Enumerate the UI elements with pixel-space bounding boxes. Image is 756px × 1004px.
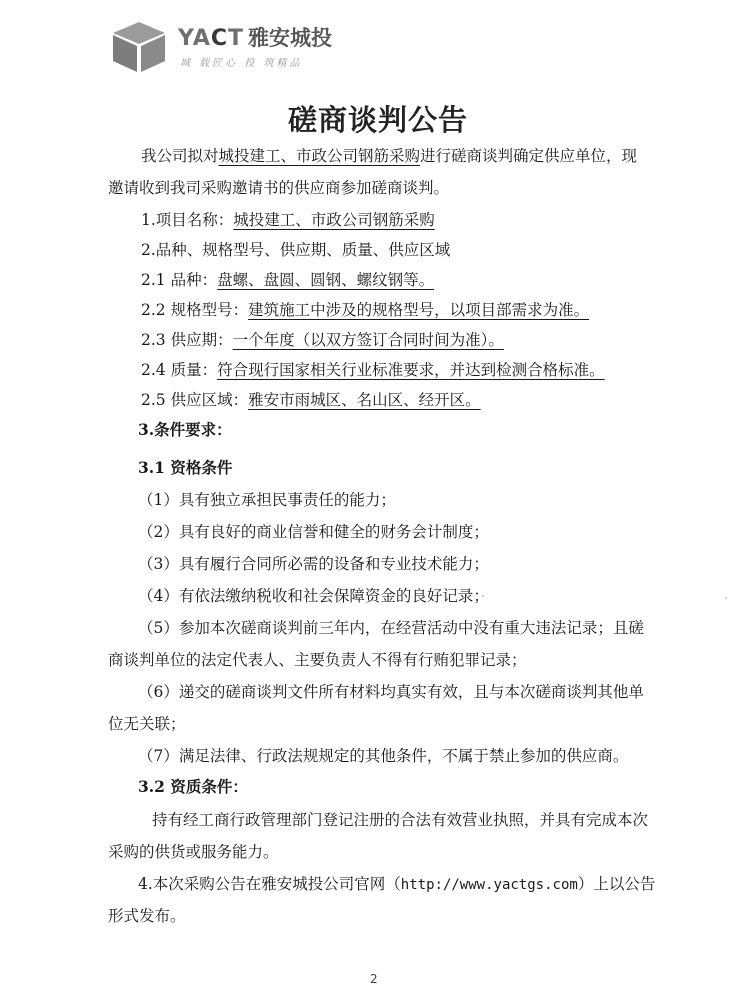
item-2-5: 2.5 供应区域：雅安市雨城区、名山区、经开区。 — [141, 390, 481, 410]
company-logo: YACT雅安城投 城 载匠心 投 筑精品 — [110, 18, 340, 74]
condition-1: （1）具有独立承担民事责任的能力； — [138, 490, 396, 510]
website-url[interactable]: http://www.yactgs.com — [401, 877, 578, 893]
item-4-line-1: 4.本次采购公告在雅安城投公司官网（http://www.yactgs.com）… — [138, 874, 655, 895]
qualification-line-1: 持有经工商行政管理部门登记注册的合法有效营业执照，并具有完成本次 — [152, 810, 648, 830]
item-2: 2.品种、规格型号、供应期、质量、供应区域 — [141, 240, 450, 260]
scan-speck — [482, 595, 484, 597]
item-2-3: 2.3 供应期：一个年度（以双方签订合同时间为准）。 — [141, 330, 504, 350]
item-2-4: 2.4 质量：符合现行国家相关行业标准要求，并达到检测合格标准。 — [141, 360, 605, 380]
item-3-1-heading: 3.1 资格条件 — [138, 458, 232, 478]
intro-line-2: 邀请收到我司采购邀请书的供应商参加磋商谈判。 — [108, 178, 449, 198]
condition-5-line-1: （5）参加本次磋商谈判前三年内，在经营活动中没有重大违法记录；且磋 — [138, 618, 644, 638]
condition-6-line-1: （6）递交的磋商谈判文件所有材料均真实有效，且与本次磋商谈判其他单 — [138, 682, 644, 702]
condition-2: （2）具有良好的商业信誉和健全的财务会计制度； — [138, 522, 489, 542]
document-title: 磋商谈判公告 — [0, 98, 756, 139]
brand-name: YACT雅安城投 — [178, 22, 332, 52]
item-3-2-heading: 3.2 资质条件： — [138, 777, 248, 797]
item-1: 1.项目名称：城投建工、市政公司钢筋采购 — [141, 210, 435, 230]
item-2-1: 2.1 品种：盘螺、盘圆、圆钢、螺纹钢等。 — [141, 270, 434, 290]
item-2-2: 2.2 规格型号：建筑施工中涉及的规格型号，以项目部需求为准。 — [141, 300, 589, 320]
condition-4: （4）有依法缴纳税收和社会保障资金的良好记录； — [138, 586, 489, 606]
brand-slogan: 城 载匠心 投 筑精品 — [180, 54, 303, 69]
condition-7: （7）满足法律、行政法规规定的其他条件，不属于禁止参加的供应商。 — [138, 746, 628, 766]
scan-speck — [725, 597, 727, 599]
condition-3: （3）具有履行合同所必需的设备和专业技术能力； — [138, 554, 489, 574]
qualification-line-2: 采购的供货或服务能力。 — [108, 842, 279, 862]
intro-line-1: 我公司拟对城投建工、市政公司钢筋采购进行磋商谈判确定供应单位，现 — [141, 146, 637, 166]
cube-logo-icon — [110, 20, 168, 74]
condition-6-line-2: 位无关联； — [108, 714, 186, 734]
page-number: 2 — [370, 972, 378, 986]
item-3-heading: 3.条件要求： — [138, 420, 232, 440]
item-4-line-2: 形式发布。 — [108, 906, 186, 926]
condition-5-line-2: 商谈判单位的法定代表人、主要负责人不得有行贿犯罪记录； — [108, 650, 527, 670]
